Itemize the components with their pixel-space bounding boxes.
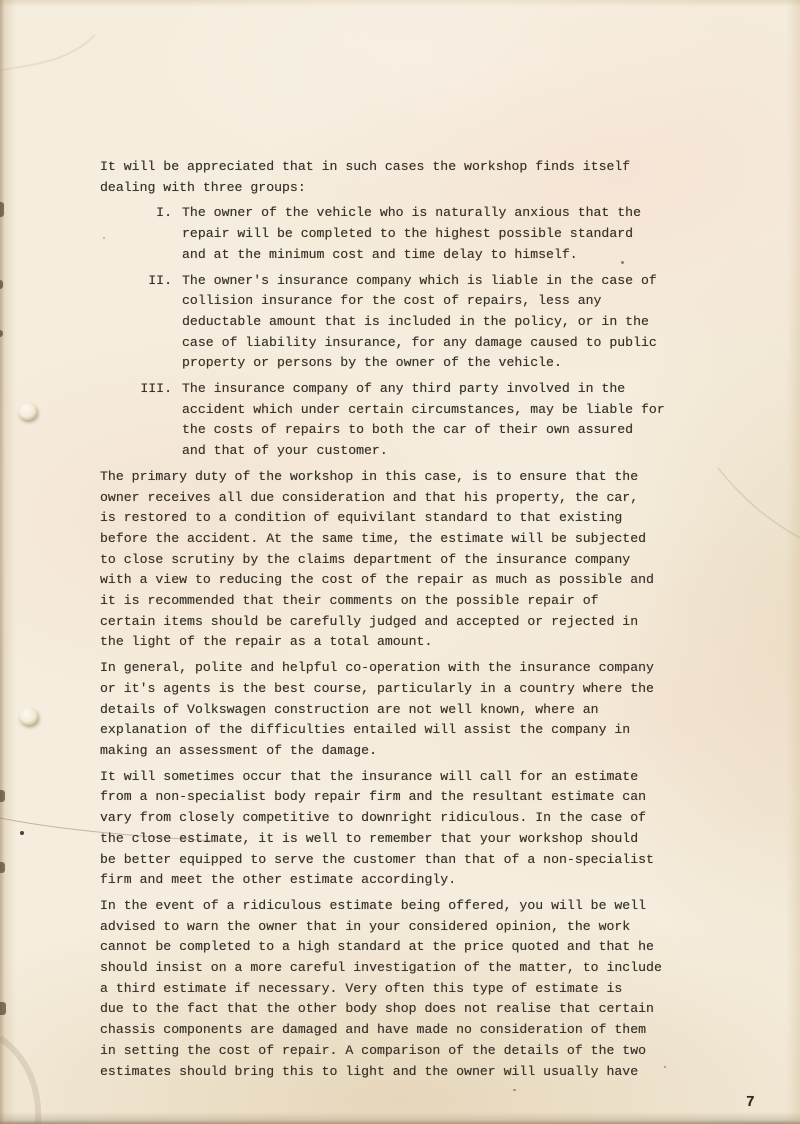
page-number: 7	[746, 1095, 755, 1111]
list-marker: II.	[100, 271, 172, 375]
binding-edge-mark	[0, 862, 5, 873]
paragraph-ridiculous-estimate: In the event of a ridiculous estimate be…	[100, 896, 700, 1082]
list-item-text: The owner of the vehicle who is naturall…	[182, 203, 700, 265]
paper-emboss-bump-top	[18, 403, 37, 420]
paragraph-non-specialist-estimate: It will sometimes occur that the insuran…	[100, 767, 700, 891]
binding-edge-mark	[0, 1002, 6, 1015]
dust-speck	[20, 831, 24, 835]
list-item-text: The owner's insurance company which is l…	[182, 271, 700, 375]
paragraph-primary-duty: The primary duty of the workshop in this…	[100, 467, 700, 653]
list-item-text: The insurance company of any third party…	[182, 379, 700, 462]
binding-edge-mark	[0, 330, 3, 337]
paragraph-cooperation: In general, polite and helpful co-operat…	[100, 658, 700, 762]
paragraph-intro: It will be appreciated that in such case…	[100, 157, 700, 198]
list-item-owners-insurance: II. The owner's insurance company which …	[100, 271, 700, 375]
list-item-owner: I. The owner of the vehicle who is natur…	[100, 203, 700, 265]
scanned-document-page: It will be appreciated that in such case…	[0, 0, 800, 1124]
list-item-third-party-insurance: III. The insurance company of any third …	[100, 379, 700, 462]
paper-emboss-bump-bottom	[19, 708, 38, 725]
binding-edge-mark	[0, 202, 4, 217]
binding-edge-mark	[0, 280, 3, 289]
dust-speck	[513, 1089, 516, 1091]
typewritten-text: It will be appreciated that in such case…	[100, 157, 700, 1087]
list-marker: III.	[100, 379, 172, 462]
binding-edge-mark	[0, 790, 5, 802]
list-marker: I.	[100, 203, 172, 265]
